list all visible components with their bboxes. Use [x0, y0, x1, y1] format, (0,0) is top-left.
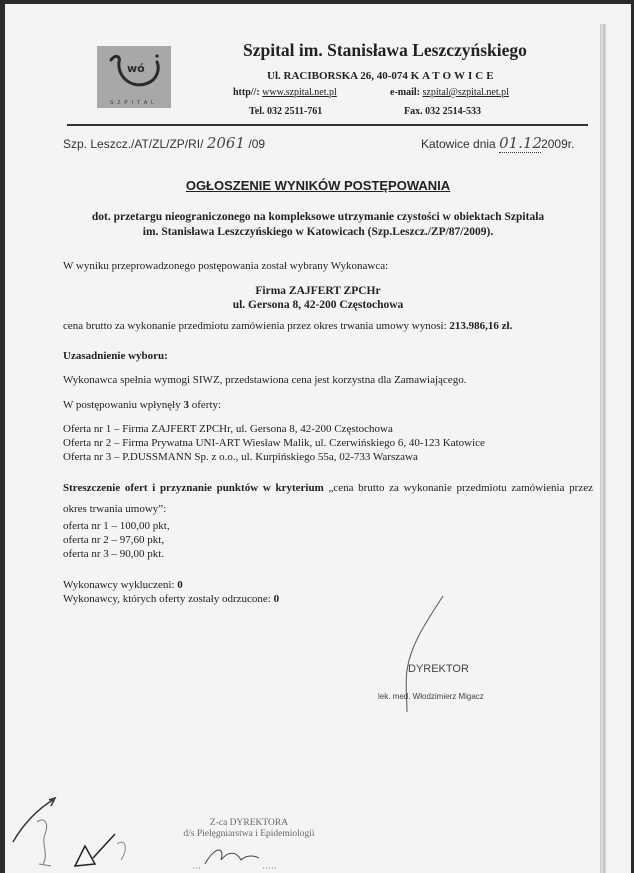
rejected-label: Wykonawcy, których oferty zostały odrzuc… [63, 593, 271, 605]
subject-line-2: im. Stanisława Leszczyńskiego w Katowica… [5, 225, 631, 240]
justification-text: Wykonawca spełnia wymogi SIWZ, przedstaw… [63, 374, 466, 386]
date-prefix: Katowice dnia [421, 137, 496, 151]
result-intro: W wyniku przeprowadzonego postępowania z… [63, 260, 388, 272]
website: http//: www.szpital.net.pl [233, 87, 337, 98]
hospital-address: Ul. RACIBORSKA 26, 40-074 KATOWICE [267, 70, 497, 82]
points-item: oferta nr 3 – 90,00 pkt. [63, 547, 170, 561]
document-date: Katowice dnia 01.122009r. [421, 134, 574, 153]
subject-line-1: dot. przetargu nieograniczonego na kompl… [5, 210, 631, 225]
price-value: 213.986,16 zł. [449, 320, 512, 332]
justification-heading: Uzasadnienie wyboru: [63, 350, 168, 362]
scan-edge-line [600, 24, 606, 873]
offers-count: 3 [183, 399, 189, 411]
winner-name: Firma ZAJFERT ZPCHr [5, 284, 631, 298]
excluded-label: Wykonawcy wykluczeni: [63, 579, 174, 591]
excluded-line: Wykonawcy wykluczeni: 0 [63, 578, 279, 592]
subject: dot. przetargu nieograniczonego na kompl… [5, 210, 631, 240]
price-text: cena brutto za wykonanie przedmiotu zamó… [63, 320, 447, 332]
hospital-name: Szpital im. Stanisława Leszczyńskiego [243, 40, 527, 61]
price-line: cena brutto za wykonanie przedmiotu zamó… [63, 320, 512, 332]
web-label: http//: [233, 87, 260, 98]
excluded-count: 0 [177, 579, 183, 591]
document-page: wó SZPITAL Szpital im. Stanisława Leszcz… [5, 4, 631, 873]
reference-suffix: /09 [248, 137, 265, 151]
offers-intro-prefix: W postępowaniu wpłynęły [63, 399, 181, 411]
address-street: Ul. RACIBORSKA 26, 40-074 [267, 70, 408, 82]
date-suffix: 2009r. [541, 137, 574, 151]
fax: Fax. 032 2514-533 [404, 106, 481, 117]
logo-subtitle: SZPITAL [97, 100, 171, 106]
reference-number: Szp. Leszcz./AT/ZL/ZP/RI/ 2061 /09 [63, 134, 265, 152]
rejected-count: 0 [274, 593, 280, 605]
initials-signatures [5, 794, 145, 873]
handwritten-date: 01.12 [499, 134, 542, 152]
web-link[interactable]: www.szpital.net.pl [262, 87, 337, 98]
offers-intro: W postępowaniu wpłynęły 3 oferty: [63, 399, 221, 411]
svg-text:wó: wó [127, 62, 145, 75]
deputy-title: Z-ca DYREKTORA [169, 818, 329, 829]
summary-heading: Streszczenie ofert i przyznanie punktów … [63, 482, 324, 494]
email: e-mail: szpital@szpital.net.pl [390, 87, 509, 98]
email-link[interactable]: szpital@szpital.net.pl [423, 87, 509, 98]
address-city: KATOWICE [411, 70, 497, 82]
offers-list: Oferta nr 1 – Firma ZAJFERT ZPCHr, ul. G… [63, 422, 485, 464]
director-title: DYREKTOR [408, 663, 469, 675]
offer-item: Oferta nr 1 – Firma ZAJFERT ZPCHr, ul. G… [63, 422, 485, 436]
phone: Tel. 032 2511-761 [249, 106, 322, 117]
offer-item: Oferta nr 2 – Firma Prywatna UNI-ART Wie… [63, 436, 485, 450]
offers-intro-suffix: oferty: [192, 399, 221, 411]
deputy-stamp: Z-ca DYREKTORA d/s Pielęgniarstwa i Epid… [169, 818, 329, 840]
summary: Streszczenie ofert i przyznanie punktów … [63, 478, 593, 520]
points-list: oferta nr 1 – 100,00 pkt, oferta nr 2 – … [63, 519, 170, 561]
header-divider [67, 124, 588, 126]
points-item: oferta nr 1 – 100,00 pkt, [63, 519, 170, 533]
document-title: OGŁOSZENIE WYNIKÓW POSTĘPOWANIA [5, 178, 631, 193]
exclusions: Wykonawcy wykluczeni: 0 Wykonawcy, który… [63, 578, 279, 606]
director-name: lek. med. Włodzimierz Migacz [378, 692, 484, 701]
points-item: oferta nr 2 – 97,60 pkt, [63, 533, 170, 547]
winner-address: ul. Gersona 8, 42-200 Częstochowa [5, 298, 631, 312]
deputy-subtitle: d/s Pielęgniarstwa i Epidemiologii [169, 829, 329, 840]
hospital-logo: wó SZPITAL [97, 46, 171, 108]
reference-prefix: Szp. Leszcz./AT/ZL/ZP/RI/ [63, 137, 203, 151]
smile-logo-icon: wó [97, 46, 171, 98]
winner: Firma ZAJFERT ZPCHr ul. Gersona 8, 42-20… [5, 284, 631, 312]
rejected-line: Wykonawcy, których oferty zostały odrzuc… [63, 592, 279, 606]
offer-item: Oferta nr 3 – P.DUSSMANN Sp. z o.o., ul.… [63, 450, 485, 464]
deputy-signature [185, 842, 285, 872]
handwritten-number: 2061 [207, 134, 245, 152]
email-label: e-mail: [390, 87, 420, 98]
